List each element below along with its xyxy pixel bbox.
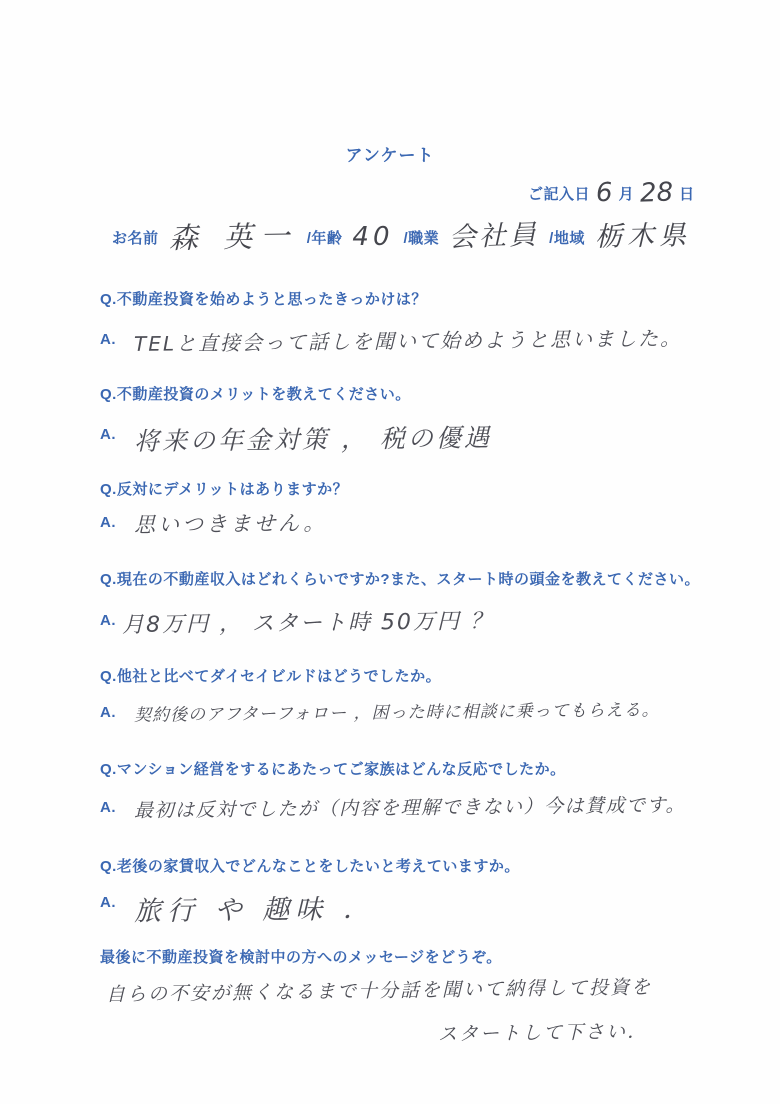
answer-7-prefix: A. (100, 888, 116, 911)
closing-message-line1-handwritten: 自らの不安が無くなるまで十分話を聞いて納得して投資を (106, 972, 652, 1007)
answer-3-prefix: A. (100, 508, 116, 531)
date-day-unit: 日 (679, 183, 695, 204)
answer-5-row: A. 契約後のアフターフォロー ，困った時に相談に乗ってもらえる。 (100, 698, 660, 723)
question-1: Q.不動産投資を始めようと思ったきっかけは？ (100, 288, 427, 309)
date-label: ご記入日 (528, 183, 590, 204)
answer-6-prefix: A. (100, 793, 116, 816)
answer-1-prefix: A. (100, 325, 116, 348)
question-4: Q.現在の不動産収入はどれくらいですか?また、スタート時の頭金を教えてください。 (100, 568, 700, 589)
answer-2-prefix: A. (100, 420, 116, 443)
answer-3-handwritten: 思いつきません。 (134, 507, 328, 539)
question-3: Q.反対にデメリットはありますか？ (100, 478, 348, 499)
closing-message-line2-handwritten: スタートして下さい． (438, 1017, 648, 1047)
region-handwritten: 栃木県 (595, 221, 692, 253)
answer-6-row: A. 最初は反対でしたが（内容を理解できない）今は賛成です。 (100, 793, 686, 820)
question-7: Q.老後の家賃収入でどんなことをしたいと考えていますか。 (100, 855, 520, 876)
answer-7-row: A. 旅行 や 趣味 ． (100, 888, 376, 927)
answer-1-row: A. TELと直接会って話しを聞いて始めようと思いました。 (100, 325, 682, 354)
name-label: お名前 (112, 226, 159, 252)
answer-5-handwritten: 契約後のアフターフォロー ，困った時に相談に乗ってもらえる。 (134, 695, 660, 726)
name-handwritten: 森 英一 (168, 221, 297, 253)
date-month-unit: 月 (619, 183, 635, 204)
answer-2-handwritten: 将来の年金対策 ， 税の優遇 (134, 418, 492, 458)
fill-date-line: ご記入日 6 月 28 日 (528, 182, 695, 204)
answer-7-handwritten: 旅行 や 趣味 ． (134, 887, 376, 929)
question-2: Q.不動産投資のメリットを教えてください。 (100, 383, 411, 404)
job-label: /職業 (404, 226, 440, 252)
job-handwritten: 会社員 (449, 220, 540, 253)
answer-4-handwritten: 月8万円 ， スタート時 50万円 ？ (122, 604, 494, 639)
age-label: /年齢 (307, 226, 343, 252)
answer-1-handwritten: TELと直接会って話しを聞いて始めようと思いました。 (134, 322, 682, 357)
question-6: Q.マンション経営をするにあたってご家族はどんな反応でしたか。 (100, 758, 566, 779)
questionnaire-scan: アンケート ご記入日 6 月 28 日 お名前 森 英一 /年齢 40 /職業 … (0, 0, 780, 1104)
answer-2-row: A. 将来の年金対策 ， 税の優遇 (100, 420, 492, 456)
answer-6-handwritten: 最初は反対でしたが（内容を理解できない）今は賛成です。 (134, 790, 686, 823)
date-day-handwritten: 28 (640, 181, 674, 204)
answer-3-row: A. 思いつきません。 (100, 508, 327, 538)
age-handwritten: 40 (352, 222, 393, 252)
answer-4-prefix: A. (100, 606, 116, 629)
profile-row: お名前 森 英一 /年齢 40 /職業 会社員 /地域 栃木県 (112, 222, 691, 252)
closing-prompt: 最後に不動産投資を検討中の方へのメッセージをどうぞ。 (100, 946, 502, 967)
answer-4-row: A. 月8万円 ， スタート時 50万円 ？ (100, 606, 494, 637)
page-title: アンケート (0, 141, 780, 166)
question-5: Q.他社と比べてダイセイビルドはどうでしたか。 (100, 665, 441, 686)
date-month-handwritten: 6 (596, 182, 613, 205)
answer-5-prefix: A. (100, 698, 116, 721)
region-label: /地域 (549, 226, 585, 252)
